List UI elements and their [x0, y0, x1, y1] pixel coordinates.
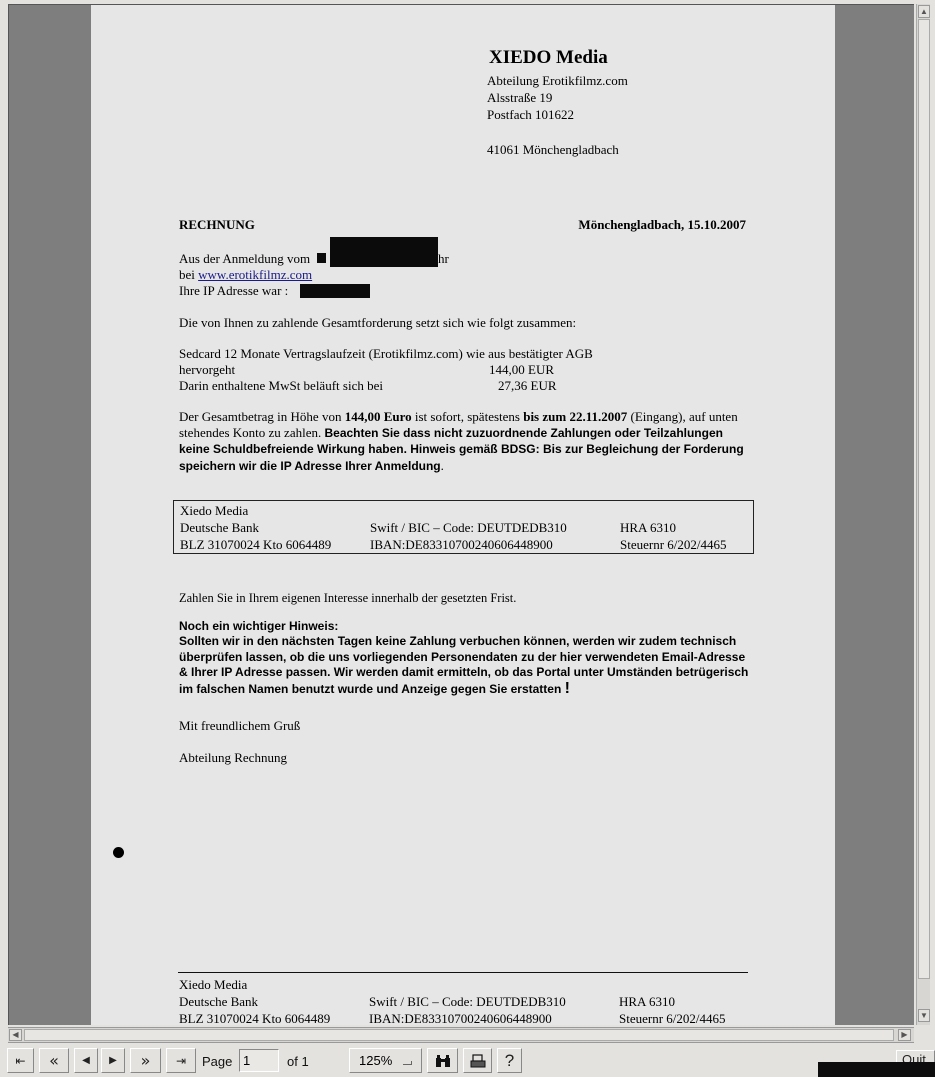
- footer-swift: Swift / BIC – Code: DEUTDEDB310: [369, 994, 566, 1010]
- registration-prefix: Aus der Anmeldung vom: [179, 251, 310, 266]
- page-count-label: of 1: [287, 1054, 309, 1069]
- footer-blz-kto: BLZ 31070024 Kto 6064489: [179, 1011, 330, 1025]
- footer-tax-number: Steuernr 6/202/4465: [619, 1011, 726, 1025]
- double-right-arrow-icon: »: [141, 1051, 151, 1070]
- sender-company: XIEDO Media: [489, 47, 608, 69]
- page-number-input[interactable]: 1: [239, 1049, 279, 1072]
- item-line-1: Sedcard 12 Monate Vertragslaufzeit (Erot…: [179, 346, 593, 362]
- printer-icon: [470, 1054, 486, 1068]
- payment-end: .: [441, 458, 444, 473]
- back-history-icon: ⇤: [15, 1054, 25, 1068]
- item-line-2-label: hervorgeht: [179, 362, 235, 378]
- notice-body: Sollten wir in den nächsten Tagen keine …: [179, 634, 751, 697]
- first-page-button[interactable]: «: [39, 1048, 69, 1073]
- registration-line-2: bei www.erotikfilmz.com: [179, 267, 312, 283]
- ip-address-line: Ihre IP Adresse war :: [179, 283, 288, 299]
- page-label: Page: [202, 1054, 232, 1069]
- item-amount: 144,00 EUR: [489, 362, 554, 378]
- footer-account-holder: Xiedo Media: [179, 977, 247, 993]
- next-page-button[interactable]: ▶: [101, 1048, 125, 1073]
- bank-account-holder: Xiedo Media: [180, 503, 248, 519]
- scroll-down-arrow-icon[interactable]: ▼: [918, 1009, 930, 1022]
- right-arrow-icon: ▶: [109, 1055, 117, 1066]
- zoom-select[interactable]: 125%: [349, 1048, 422, 1073]
- horizontal-scrollbar[interactable]: ◀ ▶: [8, 1027, 914, 1043]
- bullet-dot: [113, 847, 124, 858]
- bank-iban: IBAN:DE83310700240606448900: [370, 537, 553, 553]
- forward-history-button[interactable]: ⇥: [166, 1048, 196, 1073]
- sender-department: Abteilung Erotikfilmz.com: [487, 73, 628, 89]
- vat-amount: 27,36 EUR: [498, 378, 557, 394]
- zoom-value: 125%: [359, 1053, 392, 1068]
- scroll-left-arrow-icon[interactable]: ◀: [9, 1029, 22, 1041]
- bank-tax-number: Steuernr 6/202/4465: [620, 537, 727, 553]
- closing-greeting: Mit freundlichem Gruß: [179, 718, 300, 734]
- sender-city: 41061 Mönchengladbach: [487, 142, 619, 158]
- previous-page-button[interactable]: ◀: [74, 1048, 98, 1073]
- dropdown-icon: [403, 1061, 412, 1065]
- pdf-page: XIEDO Media Abteilung Erotikfilmz.com Al…: [91, 5, 835, 1025]
- payment-amount: 144,00 Euro: [345, 409, 412, 424]
- scroll-right-arrow-icon[interactable]: ▶: [898, 1029, 911, 1041]
- forward-history-icon: ⇥: [176, 1054, 186, 1068]
- sender-street: Alsstraße 19: [487, 90, 552, 106]
- sender-pobox: Postfach 101622: [487, 107, 574, 123]
- invoice-intro: Die von Ihnen zu zahlende Gesamtforderun…: [179, 315, 576, 331]
- last-page-button[interactable]: »: [130, 1048, 161, 1073]
- find-button[interactable]: [427, 1048, 458, 1073]
- double-left-arrow-icon: «: [49, 1051, 59, 1070]
- signature: Abteilung Rechnung: [179, 750, 287, 766]
- notice-exclamation: !: [565, 680, 570, 697]
- bank-row-2: Deutsche Bank Swift / BIC – Code: DEUTDE…: [180, 520, 750, 536]
- back-history-button[interactable]: ⇤: [7, 1048, 34, 1073]
- website-link[interactable]: www.erotikfilmz.com: [198, 267, 312, 282]
- left-arrow-icon: ◀: [82, 1055, 90, 1066]
- footer-hra: HRA 6310: [619, 994, 675, 1010]
- bank-blz-kto: BLZ 31070024 Kto 6064489: [180, 537, 331, 552]
- payment-paragraph: Der Gesamtbetrag in Höhe von 144,00 Euro…: [179, 409, 749, 474]
- vertical-scrollbar[interactable]: ▲ ▼: [916, 4, 930, 1025]
- invoice-title: RECHNUNG: [179, 217, 255, 233]
- binoculars-icon: [435, 1054, 451, 1068]
- interest-note: Zahlen Sie in Ihrem eigenen Interesse in…: [179, 590, 516, 606]
- scroll-up-arrow-icon[interactable]: ▲: [918, 5, 930, 18]
- footer-iban: IBAN:DE83310700240606448900: [369, 1011, 552, 1025]
- redaction-block: [317, 253, 326, 263]
- bank-hra: HRA 6310: [620, 520, 676, 536]
- redaction-block: [300, 284, 370, 298]
- help-button[interactable]: ?: [497, 1048, 522, 1073]
- bank-name: Deutsche Bank: [180, 520, 259, 535]
- bank-swift: Swift / BIC – Code: DEUTDEDB310: [370, 520, 567, 536]
- horizontal-scroll-thumb[interactable]: [24, 1029, 894, 1041]
- redaction-block: [330, 237, 438, 267]
- notice-text: Sollten wir in den nächsten Tagen keine …: [179, 634, 748, 696]
- vat-label: Darin enthaltene MwSt beläuft sich bei: [179, 378, 383, 394]
- print-button[interactable]: [463, 1048, 492, 1073]
- invoice-place-date: Mönchengladbach, 15.10.2007: [578, 217, 746, 233]
- document-viewport[interactable]: XIEDO Media Abteilung Erotikfilmz.com Al…: [8, 4, 914, 1025]
- payment-deadline: bis zum 22.11.2007: [523, 409, 627, 424]
- footer-bank-name: Deutsche Bank: [179, 994, 258, 1009]
- bank-details-box: Xiedo Media Deutsche Bank Swift / BIC – …: [173, 500, 754, 554]
- bank-row-3: BLZ 31070024 Kto 6064489 IBAN:DE83310700…: [180, 537, 750, 553]
- footer-divider: [178, 972, 748, 973]
- footer-row-3: BLZ 31070024 Kto 6064489 IBAN:DE83310700…: [179, 1011, 749, 1025]
- viewer-toolbar: ⇤ « ◀ ▶ » ⇥ Page 1 of 1 125% ? Quit: [0, 1045, 935, 1077]
- payment-text: Der Gesamtbetrag in Höhe von: [179, 409, 345, 424]
- payment-text: ist sofort, spätestens: [412, 409, 524, 424]
- registration-bei: bei: [179, 267, 195, 282]
- footer-row-2: Deutsche Bank Swift / BIC – Code: DEUTDE…: [179, 994, 749, 1010]
- vertical-scroll-thumb[interactable]: [918, 19, 930, 979]
- redaction-block: [818, 1062, 935, 1077]
- notice-title: Noch ein wichtiger Hinweis:: [179, 619, 338, 634]
